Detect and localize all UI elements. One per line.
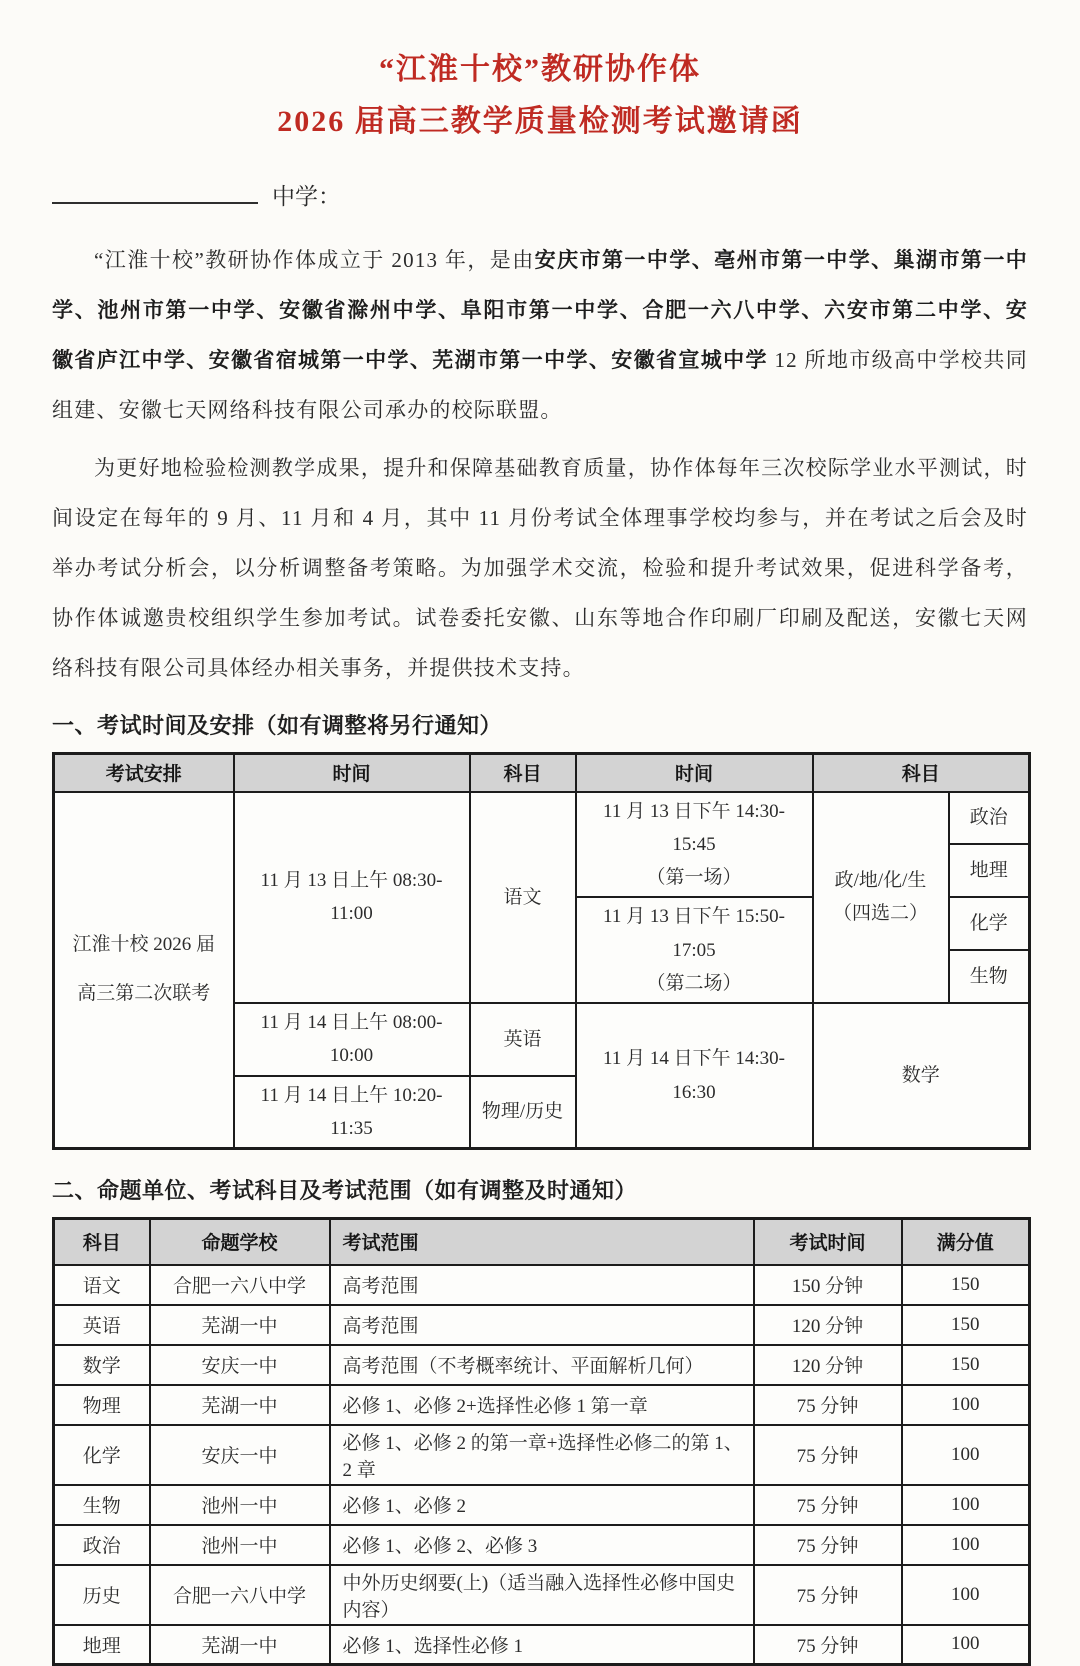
chinese-subject-cell: 语文 [470, 792, 576, 1004]
english-time-cell: 11 月 14 日上午 08:00-10:00 [234, 1003, 470, 1076]
header-subject: 科目 [54, 1219, 150, 1265]
duration-cell: 75 分钟 [754, 1625, 902, 1665]
subject-cell: 生物 [54, 1485, 150, 1525]
section1-heading: 一、考试时间及安排（如有调整将另行通知） [52, 709, 1028, 740]
header-score: 满分值 [902, 1219, 1030, 1265]
table-row-english: 英语 芜湖一中 高考范围 120 分钟 150 [54, 1305, 1030, 1345]
salutation-line: 中学： [52, 178, 1028, 211]
subject-cell: 地理 [54, 1625, 150, 1665]
elective-politics-cell: 政治 [949, 792, 1030, 845]
scope-cell: 中外历史纲要(上)（适当融入选择性必修中国史内容） [330, 1565, 754, 1625]
math-subject-cell: 数学 [813, 1003, 1030, 1149]
header-exam-arrange: 考试安排 [54, 754, 234, 792]
header-time-2: 时间 [576, 754, 813, 792]
duration-cell: 120 分钟 [754, 1345, 902, 1385]
duration-cell: 75 分钟 [754, 1425, 902, 1485]
duration-cell: 120 分钟 [754, 1305, 902, 1345]
exam-schedule-table: 考试安排 时间 科目 时间 科目 江淮十校 2026 届 高三第二次联考 11 … [52, 752, 1031, 1150]
schedule-row-1: 江淮十校 2026 届 高三第二次联考 11 月 13 日上午 08:30-11… [54, 792, 1030, 845]
scope-cell: 必修 1、必修 2 的第一章+选择性必修二的第 1、2 章 [330, 1425, 754, 1485]
elective-geography-cell: 地理 [949, 844, 1030, 897]
schedule-header-row: 考试安排 时间 科目 时间 科目 [54, 754, 1030, 792]
scope-cell: 高考范围（不考概率统计、平面解析几何） [330, 1345, 754, 1385]
score-cell: 100 [902, 1565, 1030, 1625]
school-cell: 池州一中 [150, 1485, 330, 1525]
school-cell: 安庆一中 [150, 1345, 330, 1385]
score-cell: 100 [902, 1625, 1030, 1665]
score-cell: 150 [902, 1345, 1030, 1385]
header-time-1: 时间 [234, 754, 470, 792]
scope-cell: 高考范围 [330, 1265, 754, 1305]
elective-biology-cell: 生物 [949, 950, 1030, 1003]
subject-cell: 语文 [54, 1265, 150, 1305]
school-cell: 芜湖一中 [150, 1385, 330, 1425]
scope-cell: 高考范围 [330, 1305, 754, 1345]
table-row-geography: 地理 芜湖一中 必修 1、选择性必修 1 75 分钟 100 [54, 1625, 1030, 1665]
school-name-blank [52, 182, 258, 204]
school-cell: 合肥一六八中学 [150, 1265, 330, 1305]
math-time-cell: 11 月 14 日下午 14:30-16:30 [576, 1003, 813, 1149]
subject-cell: 化学 [54, 1425, 150, 1485]
invitation-document: “江淮十校”教研协作体 2026 届高三教学质量检测考试邀请函 中学： “江淮十… [0, 0, 1080, 1666]
subject-cell: 数学 [54, 1345, 150, 1385]
table-row-chemistry: 化学 安庆一中 必修 1、必修 2 的第一章+选择性必修二的第 1、2 章 75… [54, 1425, 1030, 1485]
subject-cell: 物理 [54, 1385, 150, 1425]
scope-cell: 必修 1、必修 2+选择性必修 1 第一章 [330, 1385, 754, 1425]
header-scope: 考试范围 [330, 1219, 754, 1265]
school-cell: 安庆一中 [150, 1425, 330, 1485]
table-row-chinese: 语文 合肥一六八中学 高考范围 150 分钟 150 [54, 1265, 1030, 1305]
score-cell: 100 [902, 1485, 1030, 1525]
exam-schedule-table-wrap: 考试安排 时间 科目 时间 科目 江淮十校 2026 届 高三第二次联考 11 … [52, 752, 1028, 1150]
duration-cell: 75 分钟 [754, 1385, 902, 1425]
table-row-math: 数学 安庆一中 高考范围（不考概率统计、平面解析几何） 120 分钟 150 [54, 1345, 1030, 1385]
duration-cell: 150 分钟 [754, 1265, 902, 1305]
session1-time-cell: 11 月 13 日下午 14:30-15:45 （第一场） [576, 792, 813, 898]
salutation-suffix: 中学： [272, 184, 341, 209]
duration-cell: 75 分钟 [754, 1485, 902, 1525]
subject-cell: 政治 [54, 1525, 150, 1565]
subjects-header-row: 科目 命题学校 考试范围 考试时间 满分值 [54, 1219, 1030, 1265]
subject-cell: 英语 [54, 1305, 150, 1345]
intro-text-start: “江淮十校”教研协作体成立于 2013 年，是由 [94, 248, 535, 272]
intro-paragraph: “江淮十校”教研协作体成立于 2013 年，是由安庆市第一中学、亳州市第一中学、… [52, 235, 1028, 435]
score-cell: 150 [902, 1265, 1030, 1305]
header-school: 命题学校 [150, 1219, 330, 1265]
header-duration: 考试时间 [754, 1219, 902, 1265]
english-subject-cell: 英语 [470, 1003, 576, 1076]
school-cell: 芜湖一中 [150, 1625, 330, 1665]
duration-cell: 75 分钟 [754, 1525, 902, 1565]
section2-heading: 二、命题单位、考试科目及考试范围（如有调整及时通知） [52, 1174, 1028, 1205]
table-row-physics: 物理 芜湖一中 必修 1、必修 2+选择性必修 1 第一章 75 分钟 100 [54, 1385, 1030, 1425]
elective-chemistry-cell: 化学 [949, 897, 1030, 950]
school-cell: 合肥一六八中学 [150, 1565, 330, 1625]
document-title-line1: “江淮十校”教研协作体 [52, 0, 1028, 90]
elective-group-cell: 政/地/化/生 （四选二） [813, 792, 949, 1004]
subject-cell: 历史 [54, 1565, 150, 1625]
score-cell: 150 [902, 1305, 1030, 1345]
subjects-table-wrap: 科目 命题学校 考试范围 考试时间 满分值 语文 合肥一六八中学 高考范围 15… [52, 1217, 1028, 1666]
table-row-biology: 生物 池州一中 必修 1、必修 2 75 分钟 100 [54, 1485, 1030, 1525]
physics-history-subject-cell: 物理/历史 [470, 1076, 576, 1149]
subjects-table: 科目 命题学校 考试范围 考试时间 满分值 语文 合肥一六八中学 高考范围 15… [52, 1217, 1031, 1666]
physics-history-time-cell: 11 月 14 日上午 10:20-11:35 [234, 1076, 470, 1149]
scope-cell: 必修 1、必修 2 [330, 1485, 754, 1525]
school-cell: 芜湖一中 [150, 1305, 330, 1345]
duration-cell: 75 分钟 [754, 1565, 902, 1625]
header-subject-1: 科目 [470, 754, 576, 792]
chinese-time-cell: 11 月 13 日上午 08:30-11:00 [234, 792, 470, 1004]
document-title-line2: 2026 届高三教学质量检测考试邀请函 [52, 102, 1028, 142]
session2-time-cell: 11 月 13 日下午 15:50-17:05 （第二场） [576, 897, 813, 1003]
school-cell: 池州一中 [150, 1525, 330, 1565]
scope-cell: 必修 1、必修 2、必修 3 [330, 1525, 754, 1565]
score-cell: 100 [902, 1425, 1030, 1485]
scope-cell: 必修 1、选择性必修 1 [330, 1625, 754, 1665]
table-row-politics: 政治 池州一中 必修 1、必修 2、必修 3 75 分钟 100 [54, 1525, 1030, 1565]
exam-name-cell: 江淮十校 2026 届 高三第二次联考 [54, 792, 234, 1149]
table-row-history: 历史 合肥一六八中学 中外历史纲要(上)（适当融入选择性必修中国史内容） 75 … [54, 1565, 1030, 1625]
score-cell: 100 [902, 1385, 1030, 1425]
detail-paragraph: 为更好地检验检测教学成果，提升和保障基础教育质量，协作体每年三次校际学业水平测试… [52, 443, 1028, 693]
header-subject-2: 科目 [813, 754, 1030, 792]
score-cell: 100 [902, 1525, 1030, 1565]
